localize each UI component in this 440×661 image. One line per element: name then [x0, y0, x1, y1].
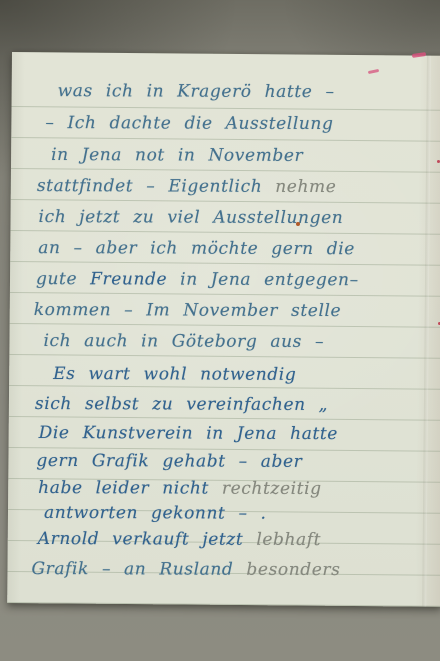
handwriting-line: kommen – Im November stelle	[34, 300, 342, 321]
handwriting-line: stattfindet – Eigentlich nehme	[37, 176, 337, 197]
handwriting-segment: rechtzeitig	[222, 479, 322, 499]
handwriting-line: antworten gekonnt – .	[44, 503, 267, 524]
handwriting-line: was ich in Kragerö hatte –	[58, 81, 335, 102]
handwriting-segment: was ich in Kragerö hatte –	[58, 81, 335, 102]
handwriting-line: Grafik – an Rusland besonders	[31, 559, 340, 580]
handwriting-segment: Arnold verkauft jetzt	[38, 529, 257, 550]
handwriting-line: – Ich dachte die Ausstellung	[45, 113, 333, 134]
handwriting-segment: habe leider nicht	[38, 478, 222, 499]
handwriting-line: sich selbst zu vereinfachen „	[35, 394, 328, 415]
handwriting-segment: in Jena not in November	[51, 145, 303, 166]
handwriting-segment: – Ich dachte die Ausstellung	[45, 113, 333, 134]
handwriting-segment: besonders	[246, 560, 340, 580]
handwriting-line: in Jena not in November	[51, 145, 303, 166]
handwriting-segment: Freunde	[90, 269, 167, 289]
handwriting-segment: Grafik – an Rusland	[31, 559, 246, 580]
handwriting-segment: gute	[36, 269, 90, 289]
handwriting-segment: kommen – Im November stelle	[34, 300, 342, 321]
handwriting-segment: Die Kunstverein in Jena hatte	[39, 423, 338, 444]
handwriting-segment: lebhaft	[256, 530, 321, 550]
letter-photograph: was ich in Kragerö hatte –– Ich dachte d…	[0, 0, 440, 661]
handwriting-segment: stattfindet – Eigentlich	[37, 176, 263, 197]
handwriting-segment: an – aber ich möchte gern die	[38, 238, 355, 259]
handwriting-segment: in Jena entgegen–	[167, 270, 359, 291]
handwriting-segment: gern Grafik gehabt – aber	[36, 451, 302, 472]
handwriting-layer: was ich in Kragerö hatte –– Ich dachte d…	[7, 52, 440, 607]
handwriting-segment: nehme	[262, 177, 336, 197]
handwriting-line: gern Grafik gehabt – aber	[36, 451, 302, 472]
red-speck	[296, 222, 300, 226]
handwriting-line: an – aber ich möchte gern die	[38, 238, 355, 259]
handwriting-line: Arnold verkauft jetzt lebhaft	[38, 529, 321, 550]
letter-sheet: was ich in Kragerö hatte –– Ich dachte d…	[7, 52, 440, 607]
handwriting-segment: ich auch in Göteborg aus –	[43, 331, 324, 352]
handwriting-segment: sich selbst zu vereinfachen „	[35, 394, 328, 415]
handwriting-line: ich auch in Göteborg aus –	[43, 331, 324, 352]
handwriting-line: Es wart wohl notwendig	[53, 364, 296, 385]
handwriting-line: Die Kunstverein in Jena hatte	[39, 423, 338, 444]
handwriting-line: habe leider nicht rechtzeitig	[38, 478, 322, 499]
handwriting-segment: Es wart wohl notwendig	[53, 364, 296, 385]
handwriting-line: gute Freunde in Jena entgegen–	[36, 269, 359, 290]
handwriting-segment: antworten gekonnt – .	[44, 503, 267, 524]
